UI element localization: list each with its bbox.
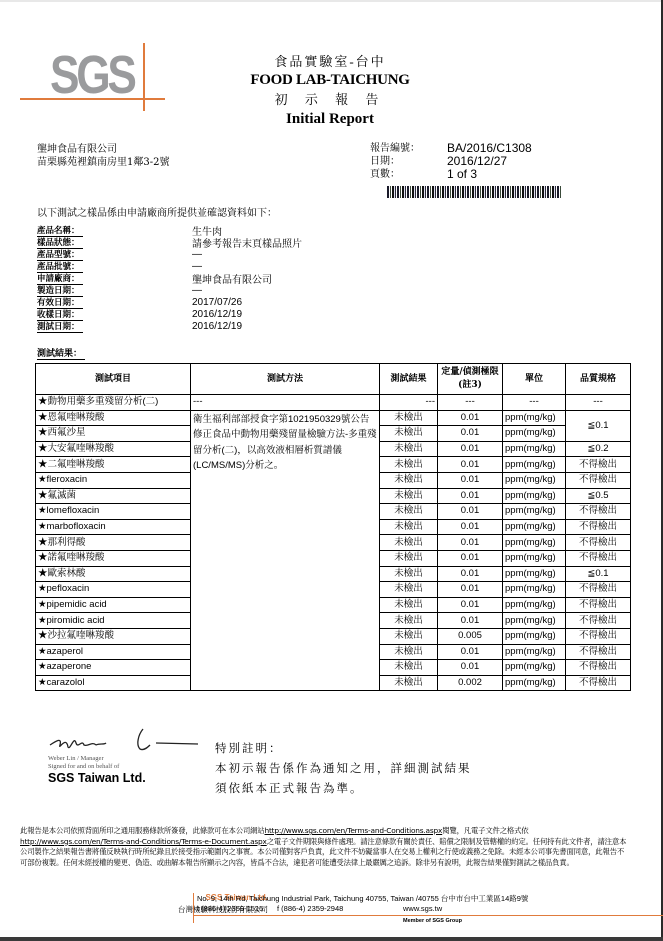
cell-result: 未檢出 [380, 566, 438, 582]
cell-limit: 0.01 [438, 535, 503, 551]
report-type-zh: 初 示 報 告 [230, 90, 430, 110]
cell-item: ★carazolol [36, 675, 191, 691]
cell-method: 衛生福利部部授食字第1021950329號公告修正食品中動物用藥殘留量檢驗方法-… [191, 410, 380, 691]
results-label: 測試結果： [37, 346, 85, 360]
lab-name-en: FOOD LAB-TAICHUNG [230, 71, 430, 90]
table-group-row: ★動物用藥多重殘留分析(二) --- --- --- --- --- [36, 395, 631, 411]
signer-name-title: Weber Lin / Manager [48, 755, 198, 763]
cell-unit: ppm(mg/kg) [503, 519, 566, 535]
intro-text: 以下測試之樣品係由申請廠商所提供並確認資料如下： [37, 204, 277, 219]
signed-for: Signed for and on behalf of [48, 763, 198, 771]
cell-item: ★piromidic acid [36, 613, 191, 629]
header-limit: 定量/偵測極限(註3) [438, 364, 503, 395]
special-note-line1: 本初示報告係作為通知之用，詳細測試結果 [215, 758, 472, 778]
cell-result: 未檢出 [380, 472, 438, 488]
footer-address: No. 9, 14th Rd, Taichung Industrial Park… [197, 893, 528, 904]
report-header: 食品實驗室-台中 FOOD LAB-TAICHUNG 初 示 報 告 Initi… [230, 52, 430, 129]
bottom-edge [0, 937, 663, 941]
cell-result: 未檢出 [380, 628, 438, 644]
cell-spec: ≦0.5 [566, 488, 631, 504]
cell-limit: 0.01 [438, 488, 503, 504]
cell-item: ★恩氟喹啉羧酸 [36, 410, 191, 426]
cell-limit: 0.01 [438, 660, 503, 676]
cell-result: 未檢出 [380, 457, 438, 473]
signature-icon [48, 725, 198, 755]
cell-item: ★西氟沙星 [36, 426, 191, 442]
cell-limit: 0.005 [438, 628, 503, 644]
cell-result: 未檢出 [380, 644, 438, 660]
client-block: 壟坤食品有限公司 苗栗縣苑裡鎮南房里1鄰3-2號 [37, 143, 169, 169]
cell-item: ★lomefloxacin [36, 504, 191, 520]
cell-unit: ppm(mg/kg) [503, 441, 566, 457]
cell-unit: ppm(mg/kg) [503, 457, 566, 473]
cell-item: ★pefloxacin [36, 582, 191, 598]
cell-result: 未檢出 [380, 660, 438, 676]
cell-item: ★pipemidic acid [36, 597, 191, 613]
cell-unit: ppm(mg/kg) [503, 644, 566, 660]
cell-item: ★歐索林酸 [36, 566, 191, 582]
cell-unit: ppm(mg/kg) [503, 660, 566, 676]
cell-spec: 不得檢出 [566, 535, 631, 551]
cell-unit: ppm(mg/kg) [503, 582, 566, 598]
cell-unit: ppm(mg/kg) [503, 410, 566, 426]
logo-vertical-line [143, 43, 145, 111]
special-note-title: 特別註明： [215, 738, 472, 758]
cell-result: 未檢出 [380, 426, 438, 442]
cell-result: 未檢出 [380, 488, 438, 504]
cell-limit: 0.002 [438, 675, 503, 691]
client-name: 壟坤食品有限公司 [37, 143, 169, 156]
cell-limit: 0.01 [438, 644, 503, 660]
cell-item: ★沙拉氟喹啉羧酸 [36, 628, 191, 644]
cell-unit: ppm(mg/kg) [503, 675, 566, 691]
sample-info-row: 有效日期：2017/07/26 [37, 296, 302, 308]
footer-fax: f (886-4) 2359-2948 [277, 904, 343, 913]
cell-spec: 不得檢出 [566, 613, 631, 629]
signer-company: SGS Taiwan Ltd. [48, 771, 198, 785]
results-table: 測試項目 測試方法 測試結果 定量/偵測極限(註3) 單位 品質規格 ★動物用藥… [35, 363, 631, 691]
lab-name-zh: 食品實驗室-台中 [230, 52, 430, 71]
cell-limit: 0.01 [438, 410, 503, 426]
cell-spec: 不得檢出 [566, 582, 631, 598]
cell-result: 未檢出 [380, 613, 438, 629]
cell-spec: ≦0.1 [566, 410, 631, 441]
barcode [387, 186, 561, 198]
sample-info: 產品名稱：生牛肉 樣品狀態：請參考報告末頁樣品照片 產品型號：— 產品批號：— … [37, 224, 302, 332]
header-test-item: 測試項目 [36, 364, 191, 395]
header-test-method: 測試方法 [191, 364, 380, 395]
cell-unit: ppm(mg/kg) [503, 628, 566, 644]
footer-divider-vertical [193, 893, 194, 923]
cell-item: ★marbofloxacin [36, 519, 191, 535]
sample-info-row: 測試日期：2016/12/19 [37, 320, 302, 332]
cell-result: 未檢出 [380, 597, 438, 613]
footer-phone: t (886-4) 2359-1515 [197, 904, 263, 913]
cell-spec: 不得檢出 [566, 457, 631, 473]
table-row: ★恩氟喹啉羧酸衛生福利部部授食字第1021950329號公告修正食品中動物用藥殘… [36, 410, 631, 426]
cell-limit: 0.01 [438, 550, 503, 566]
cell-limit: 0.01 [438, 441, 503, 457]
cell-item: ★二氟喹啉羧酸 [36, 457, 191, 473]
sgs-logo: SGS [20, 43, 165, 113]
footer-website: www.sgs.tw [403, 904, 442, 913]
cell-spec: 不得檢出 [566, 504, 631, 520]
sample-info-row: 樣品狀態：請參考報告末頁樣品照片 [37, 236, 302, 248]
client-address: 苗栗縣苑裡鎮南房里1鄰3-2號 [37, 156, 169, 169]
cell-limit: 0.01 [438, 504, 503, 520]
cell-limit: 0.01 [438, 597, 503, 613]
signature-block: Weber Lin / Manager Signed for and on be… [48, 725, 198, 785]
cell-limit: 0.01 [438, 457, 503, 473]
terms-link[interactable]: http://www.sgs.com/en/Terms-and-Conditio… [265, 826, 443, 835]
cell-limit: 0.01 [438, 519, 503, 535]
cell-item: ★azaperol [36, 644, 191, 660]
cell-item: ★諾氟喹啉羧酸 [36, 550, 191, 566]
cell-unit: ppm(mg/kg) [503, 566, 566, 582]
cell-result: 未檢出 [380, 410, 438, 426]
cell-item: ★azaperone [36, 660, 191, 676]
cell-spec: 不得檢出 [566, 597, 631, 613]
cell-limit: 0.01 [438, 472, 503, 488]
cell-result: 未檢出 [380, 675, 438, 691]
cell-result: 未檢出 [380, 441, 438, 457]
special-note: 特別註明： 本初示報告係作為通知之用，詳細測試結果 須依紙本正式報告為準。 [215, 738, 472, 798]
sample-info-row: 製造日期：— [37, 284, 302, 296]
sample-info-row: 申請廠商：壟坤食品有限公司 [37, 272, 302, 284]
terms-e-document-link[interactable]: http://www.sgs.com/en/Terms-and-Conditio… [20, 837, 267, 846]
sgs-logo-text: SGS [50, 51, 134, 99]
sample-info-row: 收樣日期：2016/12/19 [37, 308, 302, 320]
cell-item: ★fleroxacin [36, 472, 191, 488]
header-test-result: 測試結果 [380, 364, 438, 395]
cell-limit: 0.01 [438, 566, 503, 582]
cell-item: ★氟滅菌 [36, 488, 191, 504]
cell-spec: 不得檢出 [566, 660, 631, 676]
cell-unit: ppm(mg/kg) [503, 472, 566, 488]
cell-unit: ppm(mg/kg) [503, 488, 566, 504]
cell-spec: 不得檢出 [566, 644, 631, 660]
cell-spec: 不得檢出 [566, 675, 631, 691]
report-meta: 報告編號： BA/2016/C1308 日期： 2016/12/27 頁數： 1… [370, 142, 532, 181]
cell-result: 未檢出 [380, 519, 438, 535]
cell-spec: ≦0.2 [566, 441, 631, 457]
cell-spec: ≦0.1 [566, 566, 631, 582]
cell-result: 未檢出 [380, 582, 438, 598]
header-unit: 單位 [503, 364, 566, 395]
cell-unit: ppm(mg/kg) [503, 426, 566, 442]
cell-spec: 不得檢出 [566, 628, 631, 644]
special-note-line2: 須依紙本正式報告為準。 [215, 778, 472, 798]
sample-info-row: 產品型號：— [37, 248, 302, 260]
cell-result: 未檢出 [380, 550, 438, 566]
cell-result: 未檢出 [380, 535, 438, 551]
table-header-row: 測試項目 測試方法 測試結果 定量/偵測極限(註3) 單位 品質規格 [36, 364, 631, 395]
footer-divider-horizontal [193, 915, 663, 916]
cell-spec: 不得檢出 [566, 519, 631, 535]
report-type-en: Initial Report [230, 110, 430, 129]
legal-disclaimer: 此報告是本公司依照背面所印之通用服務條款所簽發，此條款可在本公司網站http:/… [20, 826, 630, 868]
cell-unit: ppm(mg/kg) [503, 550, 566, 566]
cell-limit: 0.01 [438, 582, 503, 598]
cell-result: 未檢出 [380, 504, 438, 520]
cell-unit: ppm(mg/kg) [503, 597, 566, 613]
top-edge [0, 0, 663, 2]
cell-limit: 0.01 [438, 613, 503, 629]
cell-unit: ppm(mg/kg) [503, 613, 566, 629]
cell-item: ★那利得酸 [36, 535, 191, 551]
meta-pages: 頁數： 1 of 3 [370, 168, 532, 181]
cell-spec: 不得檢出 [566, 472, 631, 488]
footer-member: Member of SGS Group [403, 918, 462, 924]
cell-unit: ppm(mg/kg) [503, 504, 566, 520]
cell-spec: 不得檢出 [566, 550, 631, 566]
cell-unit: ppm(mg/kg) [503, 535, 566, 551]
header-spec: 品質規格 [566, 364, 631, 395]
cell-item: ★大安氟喹啉羧酸 [36, 441, 191, 457]
cell-limit: 0.01 [438, 426, 503, 442]
